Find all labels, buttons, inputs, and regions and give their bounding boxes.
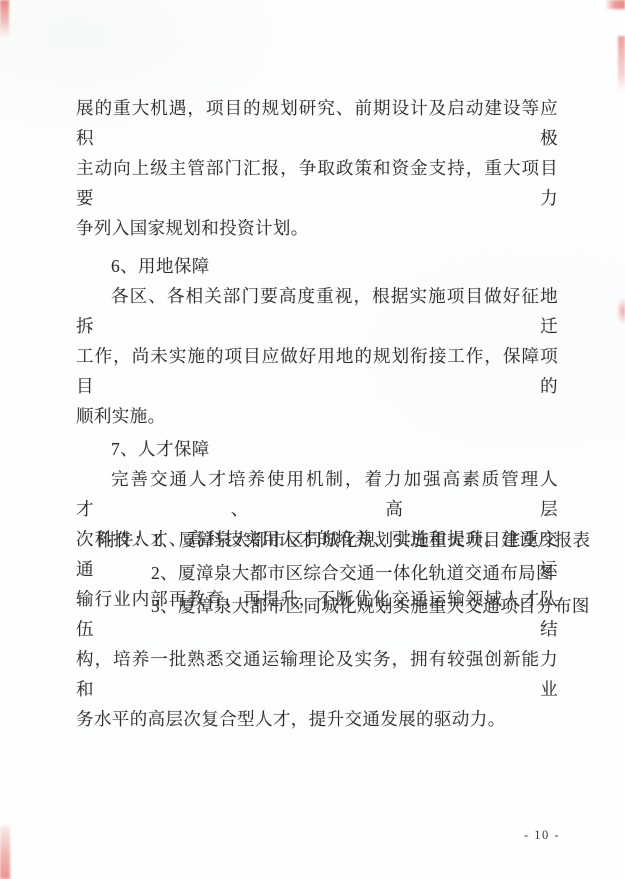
body-line: 展的重大机遇，项目的规划研究、前期设计及启动建设等应积极 [76,93,558,153]
page-number: - 10 - [524,828,560,843]
scan-artifact-bottom-left [0,826,10,879]
attachment-item-text: 1、厦漳泉大都市区同城化规划实施重大项目建设月报表 [152,530,591,550]
scanned-document-page: 展的重大机遇，项目的规划研究、前期设计及启动建设等应积极 主动向上级主管部门汇报… [0,0,625,879]
body-line: 主动向上级主管部门汇报，争取政策和资金支持，重大项目要力 [76,153,558,213]
attachments-block: 附件：1、厦漳泉大都市区同城化规划实施重大项目建设月报表 2、厦漳泉大都市区综合… [76,524,576,623]
attachment-item: 2、厦漳泉大都市区综合交通一体化轨道交通布局图 [76,557,576,590]
attachment-item: 3、厦漳泉大都市区同城化规划实施重大交通项目分布图 [76,590,576,623]
scan-artifact-right-upper [618,36,625,92]
scan-artifact-top-right [605,0,625,9]
document-body: 展的重大机遇，项目的规划研究、前期设计及启动建设等应积极 主动向上级主管部门汇报… [76,93,558,734]
attachments-label: 附件： [98,530,152,550]
body-line: 各区、各相关部门要高度重视，根据实施项目做好征地拆迁 [76,281,558,341]
body-line: 完善交通人才培养使用机制，着力加强高素质管理人才、高层 [76,464,558,524]
body-line: 构，培养一批熟悉交通运输理论及实务，拥有较强创新能力和业 [76,644,558,704]
body-line: 务水平的高层次复合型人才，提升交通发展的驱动力。 [76,704,558,734]
body-line: 工作，尚未实施的项目应做好用地的规划衔接工作，保障项目的 [76,341,558,401]
scan-artifact-right-mid [617,298,625,324]
attachment-item: 附件：1、厦漳泉大都市区同城化规划实施重大项目建设月报表 [76,524,576,557]
body-line: 争列入国家规划和投资计划。 [76,213,558,243]
section-heading-6: 6、用地保障 [76,251,558,281]
body-line: 顺利实施。 [76,401,558,431]
scan-artifact-top-left [0,0,9,38]
section-heading-7: 7、人才保障 [76,434,558,464]
